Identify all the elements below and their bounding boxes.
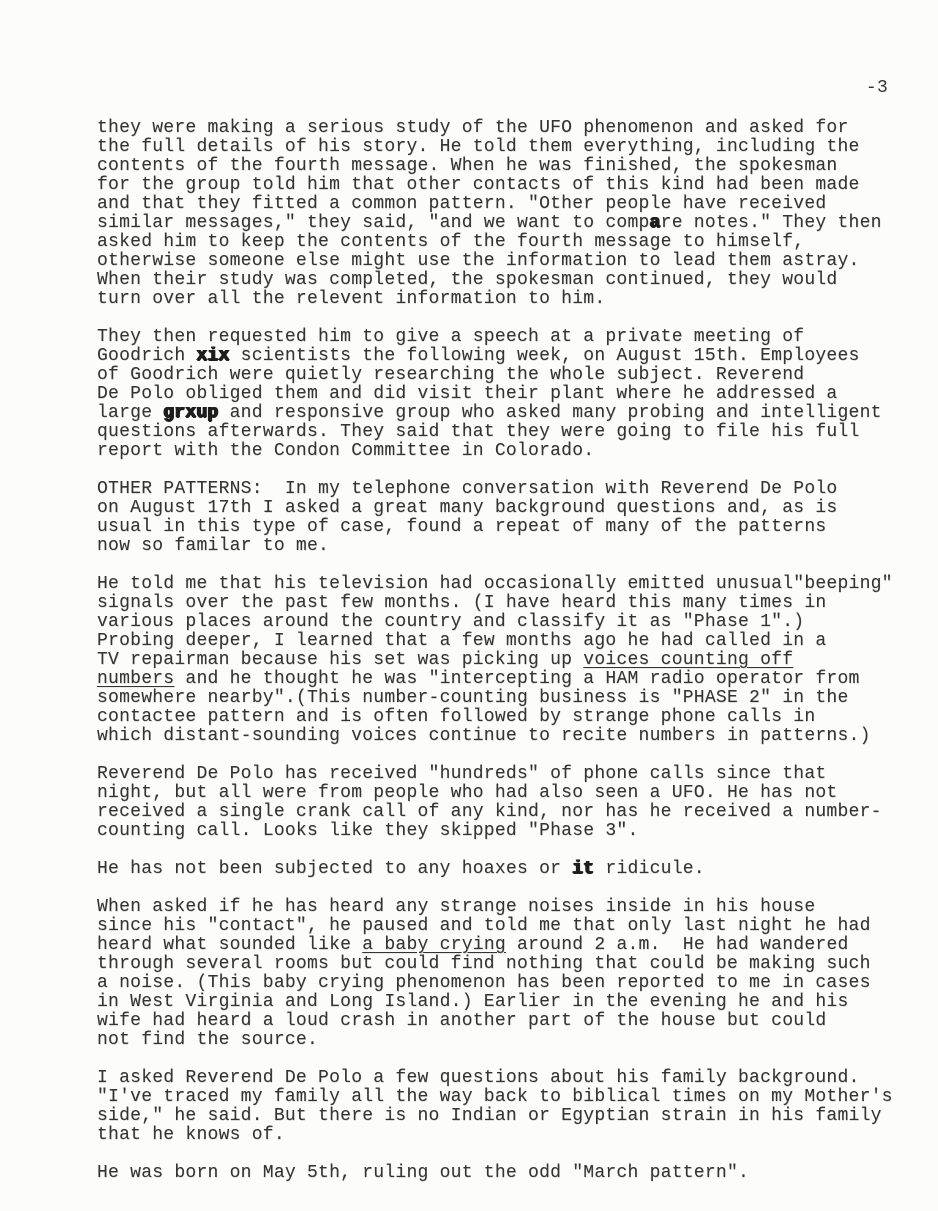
text-line: When their study was completed, the spok…	[97, 271, 902, 290]
page-content: they were making a serious study of the …	[97, 119, 902, 1202]
text-segment: scientists the following week, on August…	[230, 346, 860, 366]
text-segment: otherwise someone else might use the inf…	[97, 251, 860, 271]
text-segment: De Polo obliged them and did visit their…	[97, 384, 837, 404]
text-segment: various places around the country and cl…	[97, 612, 804, 632]
paragraph: OTHER PATTERNS: In my telephone conversa…	[97, 480, 902, 556]
text-line: similar messages," they said, "and we wa…	[97, 214, 902, 233]
text-segment: which distant-sounding voices continue t…	[97, 726, 871, 746]
text-line: not find the source.	[97, 1031, 902, 1050]
text-segment: Goodrich	[97, 346, 196, 366]
text-segment: now so familar to me.	[97, 536, 329, 556]
text-segment: in West Virginia and Long Island.) Earli…	[97, 992, 849, 1012]
text-line: they were making a serious study of the …	[97, 119, 902, 138]
underlined-text: voices counting off	[583, 650, 793, 670]
text-line: various places around the country and cl…	[97, 613, 902, 632]
text-segment: side," he said. But there is no Indian o…	[97, 1106, 882, 1126]
text-line: heard what sounded like a baby crying ar…	[97, 936, 902, 955]
text-segment: large	[97, 403, 163, 423]
text-line: the full details of his story. He told t…	[97, 138, 902, 157]
text-line: that he knows of.	[97, 1126, 902, 1145]
text-segment: OTHER PATTERNS: In my telephone conversa…	[97, 479, 837, 499]
underlined-text: numbers	[97, 669, 174, 689]
text-line: wife had heard a loud crash in another p…	[97, 1012, 902, 1031]
text-segment: He told me that his television had occas…	[97, 574, 893, 594]
text-line: a noise. (This baby crying phenomenon ha…	[97, 974, 902, 993]
text-line: He told me that his television had occas…	[97, 575, 902, 594]
text-line: questions afterwards. They said that the…	[97, 423, 902, 442]
text-segment: counting call. Looks like they skipped "…	[97, 821, 639, 841]
text-line: large grxup and responsive group who ask…	[97, 404, 902, 423]
paragraph: He has not been subjected to any hoaxes …	[97, 860, 902, 879]
text-segment: He was born on May 5th, ruling out the o…	[97, 1163, 749, 1183]
text-line: numbers and he thought he was "intercept…	[97, 670, 902, 689]
text-segment: heard what sounded like	[97, 935, 362, 955]
text-line: turn over all the relevent information t…	[97, 290, 902, 309]
text-line: OTHER PATTERNS: In my telephone conversa…	[97, 480, 902, 499]
text-segment: ridicule.	[594, 859, 705, 879]
text-line: signals over the past few months. (I hav…	[97, 594, 902, 613]
text-line: contents of the fourth message. When he …	[97, 157, 902, 176]
text-line: somewhere nearby".(This number-counting …	[97, 689, 902, 708]
text-line: since his "contact", he paused and told …	[97, 917, 902, 936]
paragraph: When asked if he has heard any strange n…	[97, 898, 902, 1050]
text-segment: that he knows of.	[97, 1125, 285, 1145]
paragraph: Reverend De Polo has received "hundreds"…	[97, 765, 902, 841]
text-segment: somewhere nearby".(This number-counting …	[97, 688, 849, 708]
text-segment: since his "contact", he paused and told …	[97, 916, 871, 936]
text-line: They then requested him to give a speech…	[97, 328, 902, 347]
text-segment: received a single crank call of any kind…	[97, 802, 882, 822]
text-line: on August 17th I asked a great many back…	[97, 499, 902, 518]
paragraph: He told me that his television had occas…	[97, 575, 902, 746]
paragraph: They then requested him to give a speech…	[97, 328, 902, 461]
text-line: He was born on May 5th, ruling out the o…	[97, 1164, 902, 1183]
paragraph: they were making a serious study of the …	[97, 119, 902, 309]
text-segment: for the group told him that other contac…	[97, 175, 860, 195]
text-segment: He has not been subjected to any hoaxes …	[97, 859, 572, 879]
text-line: counting call. Looks like they skipped "…	[97, 822, 902, 841]
text-line: I asked Reverend De Polo a few questions…	[97, 1069, 902, 1088]
overstruck-text: grxup	[163, 403, 218, 423]
text-segment: night, but all were from people who had …	[97, 783, 837, 803]
text-segment: re notes." They then	[661, 213, 882, 233]
text-segment: When asked if he has heard any strange n…	[97, 897, 815, 917]
text-line: night, but all were from people who had …	[97, 784, 902, 803]
text-line: and that they fitted a common pattern. "…	[97, 195, 902, 214]
text-line: Reverend De Polo has received "hundreds"…	[97, 765, 902, 784]
underlined-text: a baby crying	[362, 935, 506, 955]
text-line: When asked if he has heard any strange n…	[97, 898, 902, 917]
text-line: He has not been subjected to any hoaxes …	[97, 860, 902, 879]
text-segment: and that they fitted a common pattern. "…	[97, 194, 826, 214]
text-line: of Goodrich were quietly researching the…	[97, 366, 902, 385]
text-segment: not find the source.	[97, 1030, 318, 1050]
text-line: through several rooms but could find not…	[97, 955, 902, 974]
overstruck-text: it	[572, 859, 594, 879]
text-line: otherwise someone else might use the inf…	[97, 252, 902, 271]
text-segment: a noise. (This baby crying phenomenon ha…	[97, 973, 871, 993]
text-line: usual in this type of case, found a repe…	[97, 518, 902, 537]
text-line: TV repairman because his set was picking…	[97, 651, 902, 670]
text-segment: Probing deeper, I learned that a few mon…	[97, 631, 826, 651]
text-line: in West Virginia and Long Island.) Earli…	[97, 993, 902, 1012]
text-line: "I've traced my family all the way back …	[97, 1088, 902, 1107]
text-segment: similar messages," they said, "and we wa…	[97, 213, 650, 233]
text-line: De Polo obliged them and did visit their…	[97, 385, 902, 404]
text-segment: and responsive group who asked many prob…	[219, 403, 882, 423]
text-line: Goodrich xix scientists the following we…	[97, 347, 902, 366]
text-segment: through several rooms but could find not…	[97, 954, 871, 974]
text-segment: When their study was completed, the spok…	[97, 270, 837, 290]
text-segment: contactee pattern and is often followed …	[97, 707, 815, 727]
text-segment: the full details of his story. He told t…	[97, 137, 860, 157]
text-segment: signals over the past few months. (I hav…	[97, 593, 826, 613]
text-segment: I asked Reverend De Polo a few questions…	[97, 1068, 860, 1088]
text-segment: usual in this type of case, found a repe…	[97, 517, 826, 537]
text-segment: turn over all the relevent information t…	[97, 289, 605, 309]
text-line: now so familar to me.	[97, 537, 902, 556]
overstruck-text: xix	[196, 346, 229, 366]
paragraph: I asked Reverend De Polo a few questions…	[97, 1069, 902, 1145]
text-segment: questions afterwards. They said that the…	[97, 422, 860, 442]
document-page: -3 they were making a serious study of t…	[0, 0, 938, 1211]
text-line: for the group told him that other contac…	[97, 176, 902, 195]
text-segment: around 2 a.m. He had wandered	[506, 935, 849, 955]
text-line: received a single crank call of any kind…	[97, 803, 902, 822]
paragraph: He was born on May 5th, ruling out the o…	[97, 1164, 902, 1183]
text-line: Probing deeper, I learned that a few mon…	[97, 632, 902, 651]
text-segment: and he thought he was "intercepting a HA…	[174, 669, 859, 689]
text-segment: on August 17th I asked a great many back…	[97, 498, 837, 518]
text-line: side," he said. But there is no Indian o…	[97, 1107, 902, 1126]
text-line: which distant-sounding voices continue t…	[97, 727, 902, 746]
text-segment: Reverend De Polo has received "hundreds"…	[97, 764, 826, 784]
text-line: asked him to keep the contents of the fo…	[97, 233, 902, 252]
text-segment: contents of the fourth message. When he …	[97, 156, 837, 176]
text-segment: they were making a serious study of the …	[97, 118, 849, 138]
text-line: contactee pattern and is often followed …	[97, 708, 902, 727]
text-segment: They then requested him to give a speech…	[97, 327, 804, 347]
text-segment: TV repairman because his set was picking…	[97, 650, 583, 670]
text-segment: of Goodrich were quietly researching the…	[97, 365, 804, 385]
overstruck-text: a	[650, 213, 661, 233]
text-line: report with the Condon Committee in Colo…	[97, 442, 902, 461]
page-number: -3	[866, 78, 888, 98]
text-segment: wife had heard a loud crash in another p…	[97, 1011, 826, 1031]
text-segment: "I've traced my family all the way back …	[97, 1087, 893, 1107]
text-segment: asked him to keep the contents of the fo…	[97, 232, 804, 252]
text-segment: report with the Condon Committee in Colo…	[97, 441, 594, 461]
